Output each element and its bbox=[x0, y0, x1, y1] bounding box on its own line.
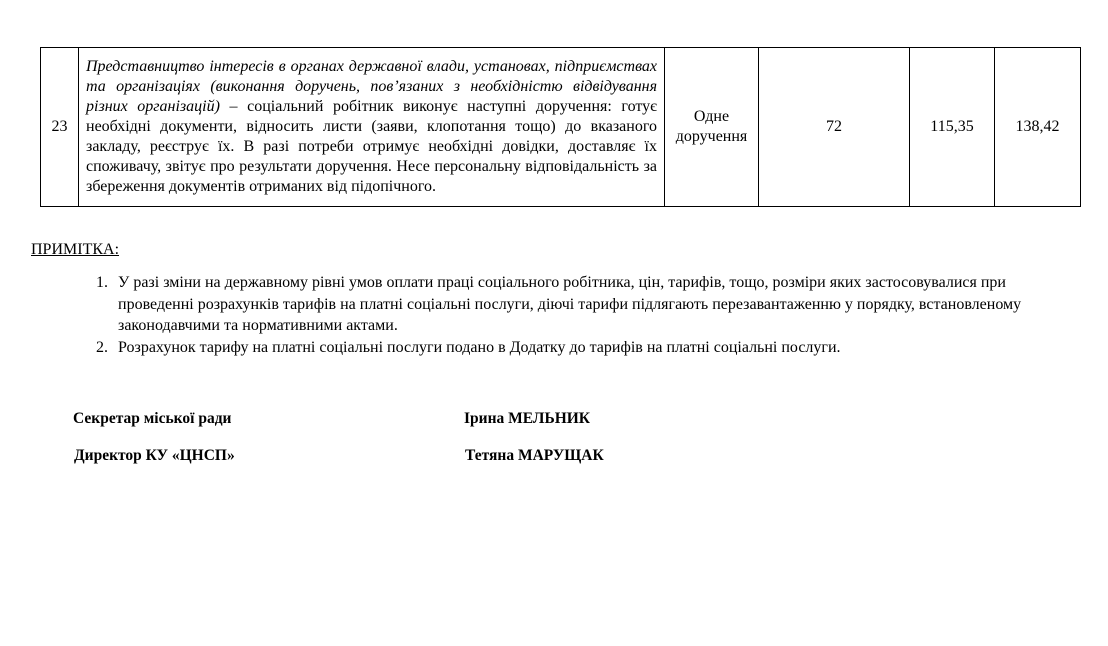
signature-row: Секретар міської ради Ірина МЕЛЬНИК bbox=[73, 410, 773, 447]
note-text: Розрахунок тарифу на платні соціальні по… bbox=[118, 339, 841, 356]
unit-line-1: Одне bbox=[694, 108, 729, 125]
service-description: Представництво інтересів в органах держа… bbox=[79, 48, 665, 207]
note-item: 1. У разі зміни на державному рівні умов… bbox=[96, 272, 1061, 337]
tariff-price-2: 138,42 bbox=[995, 48, 1081, 207]
unit-of-measure: Однедоручення bbox=[665, 48, 759, 207]
signatory-name: Ірина МЕЛЬНИК bbox=[464, 410, 590, 428]
signature-block: Секретар міської ради Ірина МЕЛЬНИК Дире… bbox=[73, 410, 773, 484]
tariff-table: 23 Представництво інтересів в органах де… bbox=[40, 47, 1081, 207]
tariff-price-1: 115,35 bbox=[910, 48, 995, 207]
note-item: 2. Розрахунок тарифу на платні соціальні… bbox=[96, 337, 1061, 359]
note-text: У разі зміни на державному рівні умов оп… bbox=[118, 274, 1021, 334]
note-number: 1. bbox=[96, 272, 108, 294]
unit-line-2: доручення bbox=[676, 128, 748, 145]
notes-list: 1. У разі зміни на державному рівні умов… bbox=[96, 272, 1061, 358]
signatory-role: Секретар міської ради bbox=[73, 410, 231, 428]
signatory-name: Тетяна МАРУЩАК bbox=[465, 447, 604, 465]
time-norm: 72 bbox=[759, 48, 910, 207]
signature-row: Директор КУ «ЦНСП» Тетяна МАРУЩАК bbox=[73, 447, 773, 484]
table-row: 23 Представництво інтересів в органах де… bbox=[41, 48, 1081, 207]
note-title: ПРИМІТКА: bbox=[31, 240, 119, 260]
note-number: 2. bbox=[96, 337, 108, 359]
row-number: 23 bbox=[41, 48, 79, 207]
signatory-role: Директор КУ «ЦНСП» bbox=[74, 447, 235, 465]
